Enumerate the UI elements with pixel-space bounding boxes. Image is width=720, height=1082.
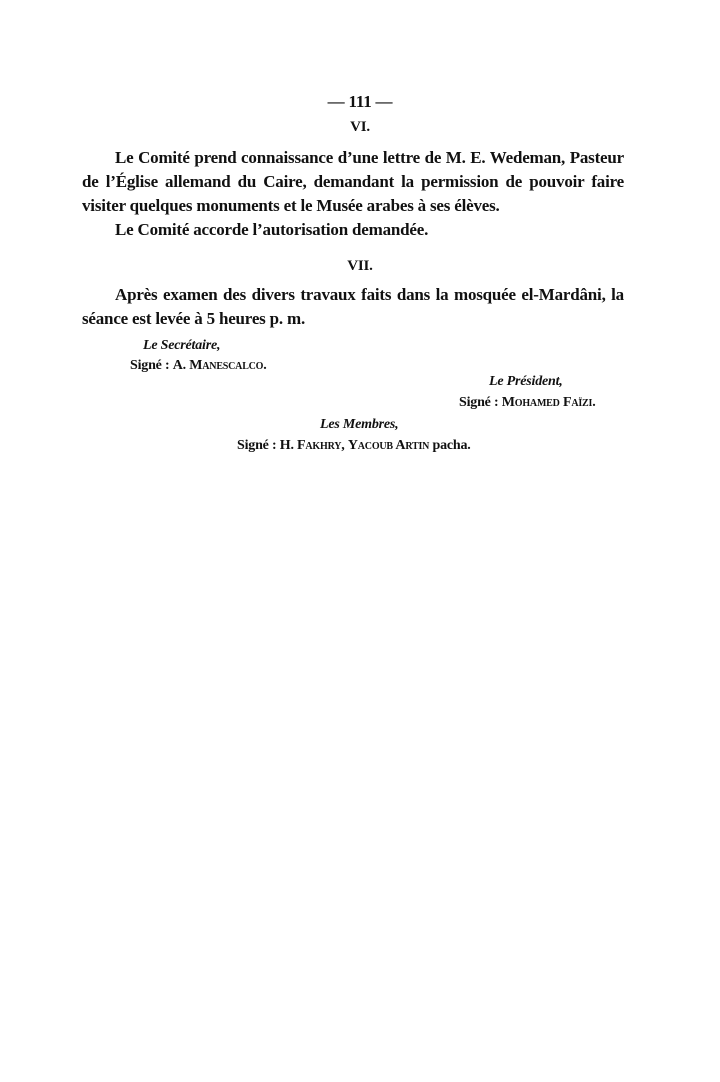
section-heading-vi: VI. bbox=[0, 117, 720, 137]
paragraph-line: Après examen des divers travaux faits da… bbox=[115, 285, 624, 305]
members-signature: Signé : H. Fakhry, Yacoub Artin pacha. bbox=[237, 436, 471, 456]
paragraph-line: Le Comité prend connaissance d’une lettr… bbox=[115, 148, 624, 168]
president-title: Le Président, bbox=[489, 372, 563, 392]
document-page: — 111 — VI. Le Comité prend connaissance… bbox=[0, 0, 720, 1082]
signature-prefix: Signé : bbox=[459, 395, 502, 410]
secretary-name: A. Manescalco. bbox=[173, 358, 267, 373]
member-name-artin: Yacoub Artin bbox=[348, 438, 429, 453]
signature-prefix: Signé : bbox=[237, 438, 280, 453]
page-number: — 111 — bbox=[0, 92, 720, 112]
president-signature: Signé : Mohamed Faïzi. bbox=[459, 393, 596, 413]
section-heading-vii: VII. bbox=[0, 256, 720, 276]
name-separator: , bbox=[341, 438, 348, 453]
member-suffix: pacha. bbox=[429, 438, 470, 453]
paragraph-line: séance est levée à 5 heures p. m. bbox=[82, 309, 305, 329]
paragraph-line: Le Comité accorde l’autorisation demandé… bbox=[115, 220, 428, 240]
signature-prefix: Signé : bbox=[130, 358, 173, 373]
secretary-title: Le Secrétaire, bbox=[143, 336, 220, 356]
members-title: Les Membres, bbox=[320, 415, 398, 435]
president-name: Mohamed Faïzi. bbox=[502, 395, 596, 410]
paragraph-line: visiter quelques monuments et le Musée a… bbox=[82, 196, 500, 216]
member-name-fakhry: H. Fakhry bbox=[280, 438, 342, 453]
secretary-signature: Signé : A. Manescalco. bbox=[130, 356, 267, 376]
paragraph-line: de l’Église allemand du Caire, demandant… bbox=[82, 172, 624, 192]
